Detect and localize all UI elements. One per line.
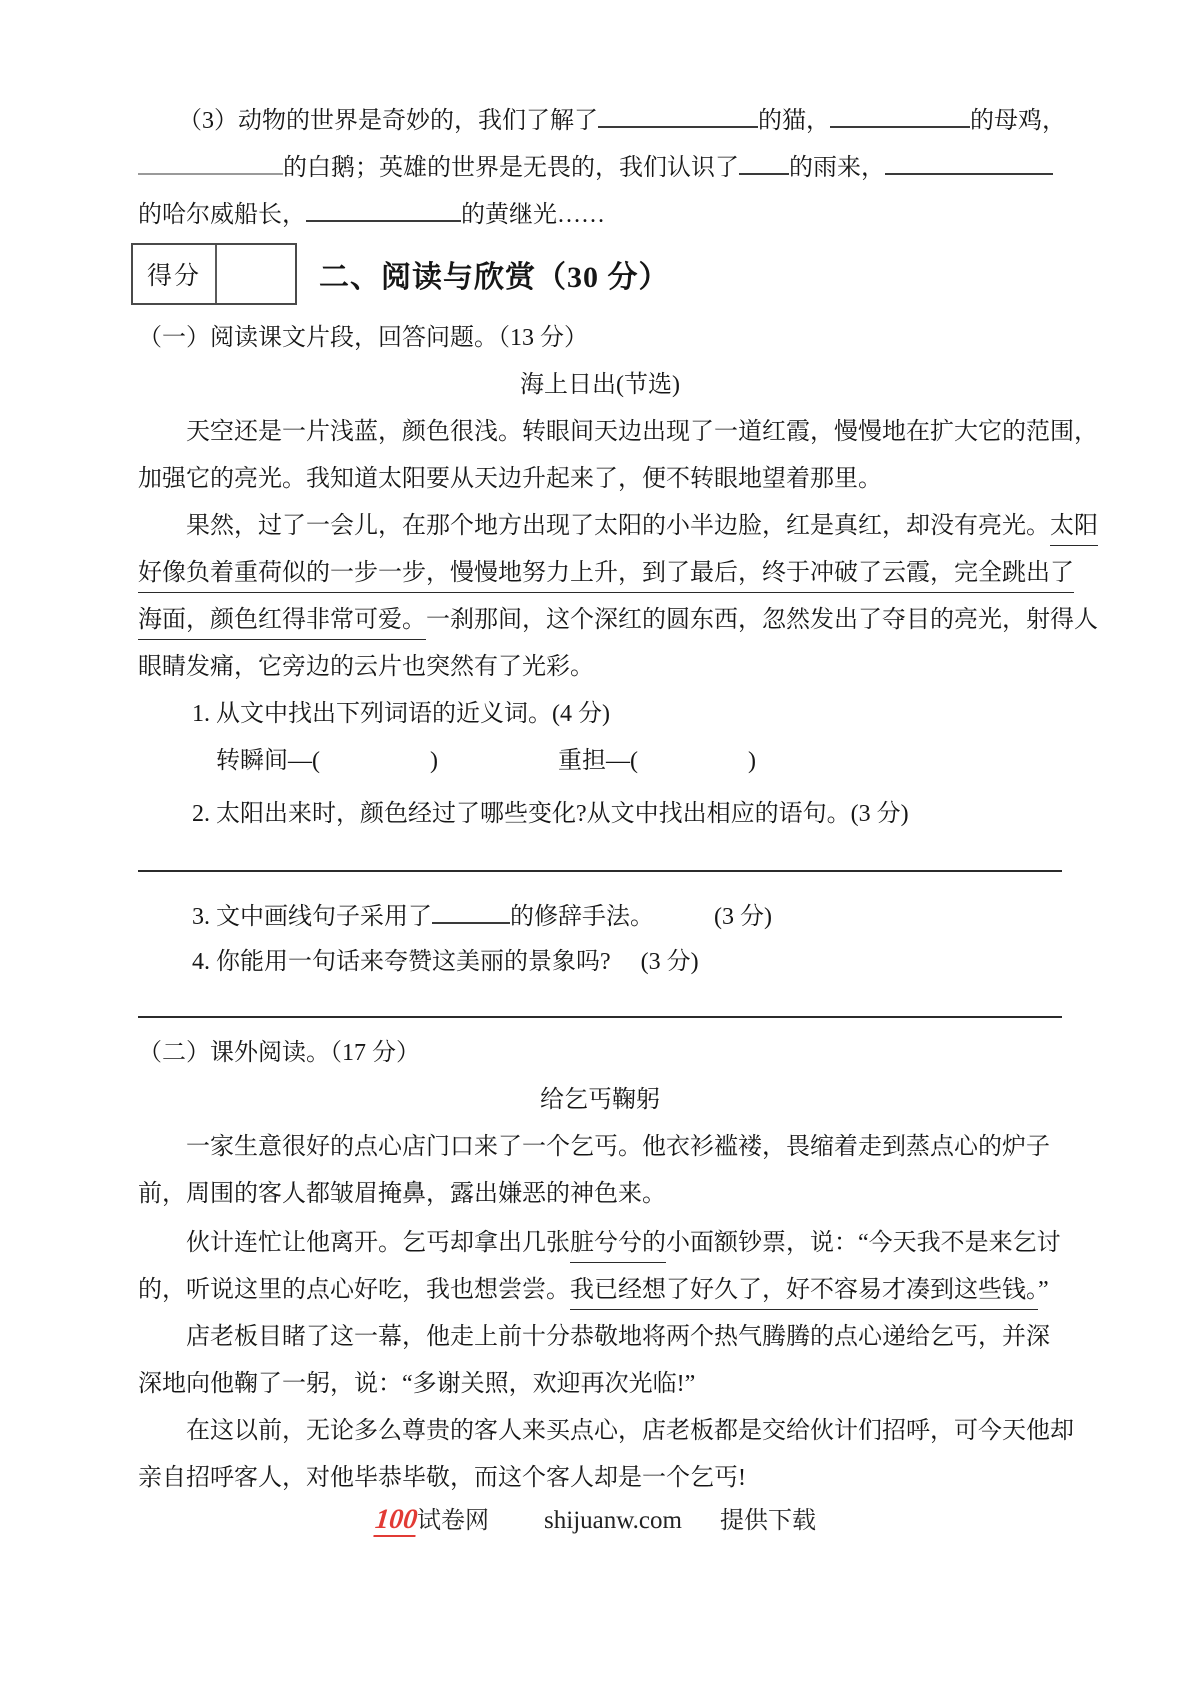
passage-text: 的，听说这里的点心好吃，我也想尝尝。 — [138, 1277, 570, 1303]
question-score: (3 分) — [641, 949, 699, 975]
passage-line: 深地向他鞠了一躬，说：“多谢关照，欢迎再次光临!” — [138, 1361, 1062, 1408]
passage-line: 眼睛发痛，它旁边的云片也突然有了光彩。 — [138, 644, 1062, 691]
fill-text: 的母鸡， — [970, 108, 1066, 134]
underlined-passage-text: 海面，颜色红得非常可爱。 — [138, 607, 426, 640]
passage-line: 海面，颜色红得非常可爱。一刹那间，这个深红的圆东西，忽然发出了夺目的亮光，射得人 — [138, 597, 1062, 644]
synonym-pair-text: 重担—( — [558, 748, 638, 774]
score-gap — [611, 968, 641, 969]
shijuanw-logo-100: 100 — [373, 1506, 418, 1537]
synonym-pair-text: ) — [430, 748, 438, 774]
passage-text: 伙计连忙让他离开。乞丐却拿出几张 — [186, 1230, 570, 1256]
passage-line: 伙计连忙让他离开。乞丐却拿出几张脏兮兮的小面额钞票，说：“今天我不是来乞讨 — [138, 1220, 1062, 1267]
fill-text: （3）动物的世界是奇妙的，我们了解了 — [178, 108, 598, 134]
question-4: 4. 你能用一句话来夸赞这美丽的景象吗?(3 分) — [138, 939, 1062, 986]
passage-text: 果然，过了一会儿，在那个地方出现了太阳的小半边脸，红是真红，却没有亮光。 — [186, 513, 1050, 539]
answer-line — [138, 870, 1062, 872]
fill-text: 的白鹅；英雄的世界是无畏的，我们认识了 — [283, 155, 739, 181]
answer-blank — [432, 892, 510, 924]
paren-gap — [320, 767, 430, 768]
passage-line: 一家生意很好的点心店门口来了一个乞丐。他衣衫褴褛，畏缩着走到蒸点心的炉子 — [138, 1124, 1062, 1171]
fill-text: 的猫， — [758, 108, 830, 134]
underlined-passage-text: 我已经想了好久了，好不容易才凑到这些钱。 — [570, 1277, 1038, 1310]
question-2: 2. 太阳出来时，颜色经过了哪些变化?从文中找出相应的语句。(3 分) — [138, 791, 1062, 838]
score-box-value — [217, 245, 295, 303]
page-content: （3）动物的世界是奇妙的，我们了解了的猫，的母鸡， 的白鹅；英雄的世界是无畏的，… — [138, 96, 1062, 1502]
answer-blank — [830, 96, 970, 128]
fill-question-line-3: 的哈尔威船长，的黄继光…… — [138, 190, 1062, 237]
part2-passage-title: 给乞丐鞠躬 — [138, 1077, 1062, 1124]
passage-line: 果然，过了一会儿，在那个地方出现了太阳的小半边脸，红是真红，却没有亮光。太阳 — [138, 503, 1062, 550]
passage-line: 前，周围的客人都皱眉掩鼻，露出嫌恶的神色来。 — [138, 1171, 1062, 1218]
passage-line: 加强它的亮光。我知道太阳要从天边升起来了，便不转眼地望着那里。 — [138, 456, 1062, 503]
pair-gap — [438, 767, 558, 768]
section-header-row: 得分 二、阅读与欣赏（30 分） — [131, 241, 1062, 307]
passage-text: 一刹那间，这个深红的圆东西，忽然发出了夺目的亮光，射得人 — [426, 607, 1098, 633]
question-1: 1. 从文中找出下列词语的近义词。(4 分) — [138, 691, 1062, 738]
part2-intro: （二）课外阅读。（17 分） — [138, 1030, 1062, 1077]
passage-line: 好像负着重荷似的一步一步，慢慢地努力上升，到了最后，终于冲破了云霞，完全跳出了 — [138, 550, 1062, 597]
underlined-passage-text: 好像负着重荷似的一步一步，慢慢地努力上升，到了最后，终于冲破了云霞，完全跳出了 — [138, 560, 1074, 593]
fill-text: 的黄继光…… — [461, 202, 605, 228]
underlined-passage-text: 太阳 — [1050, 513, 1098, 546]
site-footer: 100试卷网 shijuanw.com 提供下载 — [0, 1500, 1191, 1544]
synonym-pair-text: ) — [748, 748, 756, 774]
answer-blank — [598, 96, 758, 128]
passage-text: ” — [1038, 1277, 1049, 1303]
passage-line: 在这以前，无论多么尊贵的客人来买点心，店老板都是交给伙计们招呼，可今天他却 — [138, 1408, 1062, 1455]
fill-question-line-1: （3）动物的世界是奇妙的，我们了解了的猫，的母鸡， — [138, 96, 1062, 143]
passage-line: 天空还是一片浅蓝，颜色很浅。转眼间天边出现了一道红霞，慢慢地在扩大它的范围， — [138, 409, 1062, 456]
fill-text: 的雨来， — [789, 155, 885, 181]
underlined-passage-text: 脏兮兮的 — [570, 1230, 666, 1263]
answer-blank — [885, 143, 1053, 175]
fill-text: 的哈尔威船长， — [138, 202, 306, 228]
answer-blank — [138, 143, 283, 175]
answer-blank — [739, 143, 789, 175]
shijuanw-logo-text: 试卷网 — [417, 1500, 489, 1535]
footer-download-note: 提供下载 — [720, 1500, 816, 1535]
question-score: (3 分) — [714, 904, 772, 930]
passage-line: 亲自招呼客人，对他毕恭毕敬，而这个客人却是一个乞丐! — [138, 1455, 1062, 1502]
score-box: 得分 — [131, 243, 297, 305]
score-gap — [654, 923, 714, 924]
question-text: 4. 你能用一句话来夸赞这美丽的景象吗? — [192, 949, 611, 975]
question-text: 3. 文中画线句子采用了 — [192, 904, 432, 930]
footer-domain: shijuanw.com — [544, 1507, 682, 1535]
question-text: 的修辞手法。 — [510, 904, 654, 930]
question-3: 3. 文中画线句子采用了的修辞手法。(3 分) — [138, 892, 1062, 939]
passage-text: 小面额钞票，说：“今天我不是来乞讨 — [666, 1230, 1061, 1256]
answer-blank — [306, 190, 461, 222]
synonym-pair-text: 转瞬间—( — [216, 748, 320, 774]
section-2-heading: 二、阅读与欣赏（30 分） — [319, 252, 670, 296]
part1-intro: （一）阅读课文片段，回答问题。（13 分） — [138, 315, 1062, 362]
paren-gap — [638, 767, 748, 768]
score-box-label: 得分 — [133, 245, 217, 303]
question-1-synonym-pairs: 转瞬间—()重担—() — [138, 738, 1062, 785]
part1-passage-title: 海上日出(节选) — [138, 362, 1062, 409]
passage-line: 店老板目睹了这一幕，他走上前十分恭敬地将两个热气腾腾的点心递给乞丐，并深 — [138, 1314, 1062, 1361]
exam-paper-page: （3）动物的世界是奇妙的，我们了解了的猫，的母鸡， 的白鹅；英雄的世界是无畏的，… — [0, 0, 1191, 1684]
answer-line — [138, 1016, 1062, 1018]
passage-line: 的，听说这里的点心好吃，我也想尝尝。我已经想了好久了，好不容易才凑到这些钱。” — [138, 1267, 1062, 1314]
fill-question-line-2: 的白鹅；英雄的世界是无畏的，我们认识了的雨来， — [138, 143, 1062, 190]
